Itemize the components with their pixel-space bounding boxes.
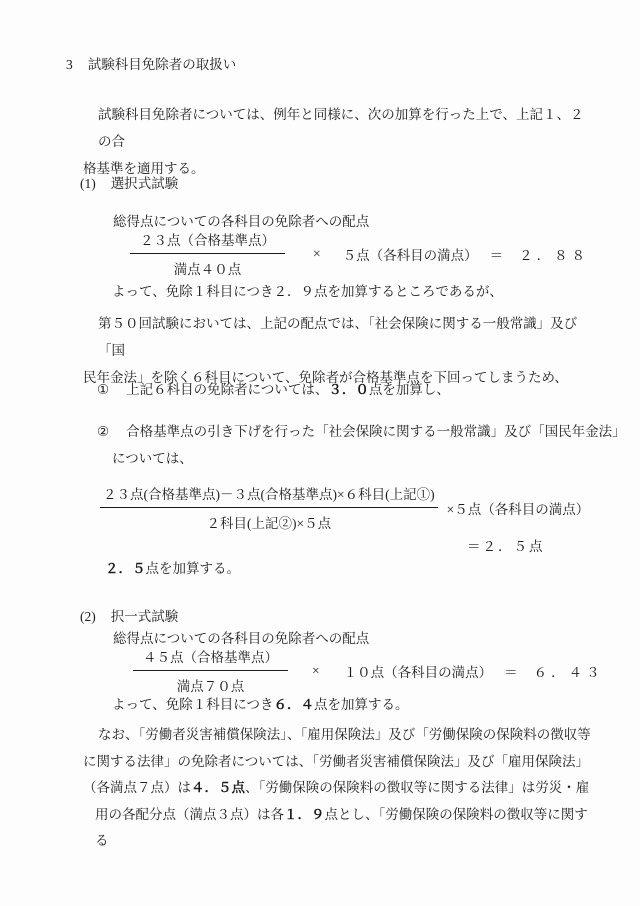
lowered-fraction-numerator: ２３点(合格基準点)－３点(合格基準点)×６科目(上記①) xyxy=(100,483,438,508)
section-number: 3 xyxy=(66,57,73,72)
note-line-3-post: 、「労働保険の保険料の徴収等に関する法律」は労災・雇 xyxy=(245,780,589,795)
selection-formula: ２３点（合格基準点） 満点４０点 × ５点（各科目の満点） ＝ ２．８８ xyxy=(130,229,589,278)
item-2-marker: ② xyxy=(97,424,109,439)
note-line-4: 用の各配分点（満点３点）は各１．９点とし、「労働保険の保険料の徴収等に関する xyxy=(83,802,595,855)
item-1-bold-value: ３．０ xyxy=(328,382,369,397)
subsection-1-heading: (1)選択式試験 xyxy=(80,172,178,192)
lowered-fraction-denominator: ２科目(上記②)×５点 xyxy=(196,508,341,532)
lowered-fraction: ２３点(合格基準点)－３点(合格基準点)×６科目(上記①) ２科目(上記②)×５… xyxy=(100,483,438,532)
note-line-4-bold-value: １．９ xyxy=(284,807,325,822)
reason-line-1: 第５０回試験においては、上記の配点では、「社会保険に関する一般常識」及び「国 xyxy=(83,310,591,364)
multiple-choice-fraction: ４５点（合格基準点） 満点７０点 xyxy=(133,646,288,695)
lowered-formula-result: ＝２．５点 xyxy=(467,535,545,555)
multiple-choice-formula-factor: １０点（各科目の満点） xyxy=(344,661,493,681)
document-page: 3試験科目免除者の取扱い 試験科目免除者については、例年と同様に、次の加算を行っ… xyxy=(0,0,640,906)
item-1: ①上記６科目の免除者については、３．０点を加算し、 xyxy=(97,378,450,398)
note-line-2: に関する法律」の免除者については、「労働者災害補償保険法」及び「雇用保険法」 xyxy=(83,749,595,776)
note-line-3: （各満点７点）は４．５点、「労働保険の保険料の徴収等に関する法律」は労災・雇 xyxy=(83,775,595,802)
lowered-formula-factor: ×５点（各科目の満点） xyxy=(447,498,590,518)
lowered-standard-formula: ２３点(合格基準点)－３点(合格基準点)×６科目(上記①) ２科目(上記②)×５… xyxy=(100,483,589,532)
multiple-choice-conclusion-pre: よって、免除１科目につき xyxy=(112,697,273,712)
lowered-conclusion-bold-value: ２．５ xyxy=(105,561,146,576)
subsection-2-number: (2) xyxy=(80,609,96,624)
note-line-1: なお、「労働者災害補償保険法」、「雇用保険法」及び「労働保険の保険料の徴収等 xyxy=(83,722,595,749)
multiple-choice-formula: ４５点（合格基準点） 満点７０点 × １０点（各科目の満点） ＝ ６．４３ xyxy=(133,646,604,695)
multiple-choice-formula-result: ６．４３ xyxy=(534,661,604,681)
section-title: 試験科目免除者の取扱い xyxy=(88,57,237,72)
closing-note-paragraph: なお、「労働者災害補償保険法」、「雇用保険法」及び「労働保険の保険料の徴収等 に… xyxy=(83,722,595,855)
lowered-conclusion-text: 点を加算する。 xyxy=(146,561,241,576)
subsection-2-heading: (2)択一式試験 xyxy=(80,605,178,625)
equals-sign: ＝ xyxy=(490,244,504,264)
multiple-choice-conclusion: よって、免除１科目につき６．４点を加算する。 xyxy=(112,693,408,713)
item-2-line-2: については、 xyxy=(112,445,626,472)
subsection-1-title: 選択式試験 xyxy=(111,176,179,191)
allocation-label-2: 総得点についての各科目の免除者への配点 xyxy=(113,627,369,647)
selection-fraction-numerator: ２３点（合格基準点） xyxy=(130,229,285,254)
note-line-4-pre: 用の各配分点（満点３点）は各 xyxy=(95,807,284,822)
equals-sign: ＝ xyxy=(504,661,518,681)
multiple-choice-fraction-denominator: 満点７０点 xyxy=(167,671,255,695)
intro-line-1: 試験科目免除者については、例年と同様に、次の加算を行った上で、上記１、２の合 xyxy=(83,101,588,155)
selection-conclusion: よって、免除１科目につき２．９点を加算するところであるが、 xyxy=(112,280,503,300)
subsection-1-number: (1) xyxy=(80,176,96,191)
item-2: ②合格基準点の引き下げを行った「社会保険に関する一般常識」及び「国民年金法」 に… xyxy=(97,418,626,472)
item-1-text-post: 点を加算し、 xyxy=(369,382,450,397)
multiple-choice-fraction-numerator: ４５点（合格基準点） xyxy=(133,646,288,671)
subsection-2-title: 択一式試験 xyxy=(111,609,179,624)
selection-formula-result: ２．８８ xyxy=(519,244,589,264)
item-1-marker: ① xyxy=(97,382,109,397)
lowered-conclusion: ２．５点を加算する。 xyxy=(105,557,240,577)
allocation-label-1: 総得点についての各科目の免除者への配点 xyxy=(113,210,369,230)
selection-fraction-denominator: 満点４０点 xyxy=(164,254,252,278)
selection-fraction: ２３点（合格基準点） 満点４０点 xyxy=(130,229,285,278)
section-heading: 3試験科目免除者の取扱い xyxy=(66,53,236,73)
item-2-line-1: 合格基準点の引き下げを行った「社会保険に関する一般常識」及び「国民年金法」 xyxy=(126,424,626,439)
multiply-sign: × xyxy=(313,246,321,262)
note-line-3-pre: （各満点７点）は xyxy=(83,780,191,795)
note-line-3-bold-value: ４．５点 xyxy=(191,780,245,795)
intro-paragraph: 試験科目免除者については、例年と同様に、次の加算を行った上で、上記１、２の合 格… xyxy=(83,101,588,182)
multiple-choice-conclusion-bold-value: ６．４ xyxy=(273,697,314,712)
item-1-text: 上記６科目の免除者については、 xyxy=(126,382,328,397)
multiply-sign: × xyxy=(312,663,320,679)
multiple-choice-conclusion-post: 点を加算する。 xyxy=(314,697,409,712)
selection-formula-factor: ５点（各科目の満点） xyxy=(343,244,478,264)
